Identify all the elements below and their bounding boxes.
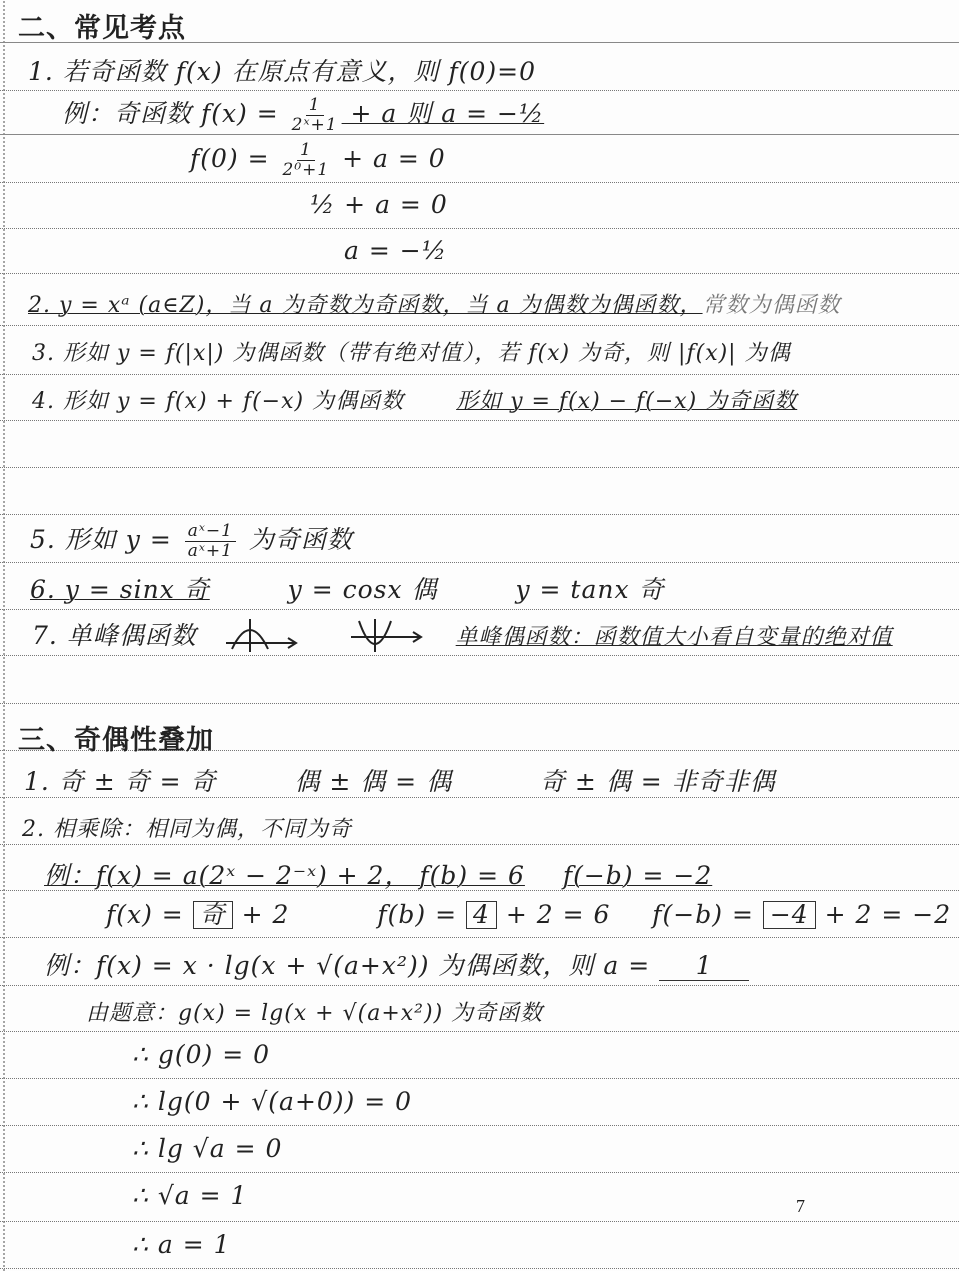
example-1-solution: f(x) = 奇 + 2 f(b) = 4 + 2 = 6 f(−b) = −4… bbox=[106, 900, 951, 929]
s1-prefix: f(x) = bbox=[106, 900, 193, 929]
example-2-analysis: 由题意：g(x) = lg(x + √(a+x²)) 为奇函数 bbox=[86, 996, 543, 1027]
fraction-numerator: 1 bbox=[306, 97, 324, 116]
section-heading-parity-superposition: 三、奇偶性叠加 bbox=[18, 718, 214, 757]
ruled-line bbox=[0, 374, 959, 375]
example-fraction: 12ˣ+1 bbox=[292, 97, 338, 134]
s3-prefix: f(−b) = bbox=[652, 900, 763, 929]
solution-step-2: ½ + a = 0 bbox=[310, 190, 448, 219]
point-5-prefix: 5. 形如 y = bbox=[30, 525, 181, 554]
ruled-line bbox=[0, 937, 959, 938]
example-2-question: 例：f(x) = x · lg(x + √(a+x²)) 为偶函数，则 a = … bbox=[44, 946, 749, 982]
step-prefix: f(0) = bbox=[190, 144, 279, 173]
point-2-faint: 常数为偶函数 bbox=[703, 293, 841, 318]
ruled-line bbox=[0, 134, 959, 135]
ruled-line bbox=[0, 1078, 959, 1079]
ruled-line bbox=[0, 273, 959, 274]
point-2: 2. y = xᵃ (a∈Z)，当 a 为奇数为奇函数，当 a 为偶数为偶函数，… bbox=[28, 288, 841, 319]
point-4-odd: 形如 y = f(x) − f(−x) 为奇函数 bbox=[456, 389, 797, 414]
page-number: 7 bbox=[796, 1196, 805, 1217]
margin-dots bbox=[2, 0, 6, 1271]
ruled-line bbox=[0, 1172, 959, 1173]
ruled-line bbox=[0, 609, 959, 610]
fraction-numerator: 1 bbox=[297, 142, 315, 161]
s2-prefix: f(b) = bbox=[377, 900, 466, 929]
ruled-line bbox=[0, 514, 959, 515]
section-heading-common-points: 二、常见考点 bbox=[18, 6, 186, 45]
s1-box: 奇 bbox=[193, 901, 233, 929]
solution-step-1: f(0) = 12⁰+1 + a = 0 bbox=[190, 142, 446, 179]
point-6-sin: 6. y = sinx 奇 bbox=[30, 575, 210, 604]
solution-step-3: a = −½ bbox=[344, 236, 447, 265]
ruled-line bbox=[0, 1268, 959, 1269]
example-2-text: 例：f(x) = x · lg(x + √(a+x²)) 为偶函数，则 a = bbox=[44, 951, 650, 980]
ruled-line bbox=[0, 1031, 959, 1032]
point-7-note: 单峰偶函数：函数值大小看自变量的绝对值 bbox=[456, 625, 893, 650]
ruled-line bbox=[0, 420, 959, 421]
ruled-line bbox=[0, 228, 959, 229]
point-5: 5. 形如 y = aˣ−1aˣ+1 为奇函数 bbox=[30, 520, 353, 560]
point-4: 4. 形如 y = f(x) + f(−x) 为偶函数 形如 y = f(x) … bbox=[32, 384, 797, 415]
proof-step: ∴ g(0) = 0 bbox=[132, 1040, 270, 1069]
point-6: 6. y = sinx 奇 y = cosx 偶 y = tanx 奇 bbox=[30, 570, 665, 606]
odd-plus-odd: 1. 奇 ± 奇 = 奇 bbox=[24, 767, 216, 796]
point-3: 3. 形如 y = f(|x|) 为偶函数（带有绝对值），若 f(x) 为奇，则… bbox=[32, 336, 791, 367]
example-odd-function: 例：奇函数 f(x) = 12ˣ+1 + a 则 a = −½ bbox=[62, 94, 544, 134]
ruled-line bbox=[0, 325, 959, 326]
s3-box: −4 bbox=[763, 901, 816, 929]
s2-box: 4 bbox=[466, 901, 497, 929]
ruled-line bbox=[0, 1125, 959, 1126]
example-1-find: f(−b) = −2 bbox=[563, 861, 712, 890]
even-plus-even: 偶 ± 偶 = 偶 bbox=[294, 767, 452, 796]
example-suffix: + a 则 a = −½ bbox=[342, 99, 545, 128]
fraction-denominator: 2⁰+1 bbox=[283, 161, 330, 179]
point-5-suffix: 为奇函数 bbox=[240, 525, 353, 554]
example-1-given: 例：f(x) = a(2ˣ − 2⁻ˣ) + 2， f(b) = 6 f(−b)… bbox=[44, 856, 712, 892]
proof-step: ∴ lg √a = 0 bbox=[132, 1134, 282, 1163]
ruled-line bbox=[0, 562, 959, 563]
example-2-answer: 1 bbox=[659, 951, 749, 981]
parity-rules: 1. 奇 ± 奇 = 奇 偶 ± 偶 = 偶 奇 ± 偶 = 非奇非偶 bbox=[24, 762, 776, 798]
fraction-numerator: aˣ−1 bbox=[185, 523, 236, 542]
step-suffix: + a = 0 bbox=[333, 144, 446, 173]
s3-suffix: + 2 = −2 bbox=[816, 900, 951, 929]
point-4-even: 4. 形如 y = f(x) + f(−x) 为偶函数 bbox=[32, 389, 404, 414]
ruled-line bbox=[0, 467, 959, 468]
point-6-tan: y = tanx 奇 bbox=[515, 575, 664, 604]
point-2-main: 2. y = xᵃ (a∈Z)，当 a 为奇数为奇函数，当 a 为偶数为偶函数， bbox=[28, 293, 703, 318]
multiply-divide-rule: 2. 相乘除：相同为偶，不同为奇 bbox=[22, 812, 352, 843]
ruled-line bbox=[0, 985, 959, 986]
ruled-line bbox=[0, 844, 959, 845]
example-prefix: 例：奇函数 f(x) = bbox=[62, 99, 288, 128]
s2-suffix: + 2 = 6 bbox=[497, 900, 611, 929]
s1-suffix: + 2 bbox=[233, 900, 290, 929]
ruled-line bbox=[0, 703, 959, 704]
proof-step: ∴ √a = 1 bbox=[132, 1181, 247, 1210]
point-7: 7. 单峰偶函数 单峰偶函数：函数值大小看自变量的绝对值 bbox=[32, 616, 893, 659]
example-1-condition: 例：f(x) = a(2ˣ − 2⁻ˣ) + 2， f(b) = 6 bbox=[44, 861, 525, 890]
fraction-denominator: 2ˣ+1 bbox=[292, 116, 338, 134]
point-5-fraction: aˣ−1aˣ+1 bbox=[185, 523, 236, 560]
point-6-cos: y = cosx 偶 bbox=[288, 575, 438, 604]
parabola-up-graph-icon bbox=[349, 617, 429, 659]
proof-step: ∴ lg(0 + √(a+0)) = 0 bbox=[132, 1087, 412, 1116]
odd-plus-even: 奇 ± 偶 = 非奇非偶 bbox=[540, 767, 776, 796]
ruled-line bbox=[0, 182, 959, 183]
step-fraction: 12⁰+1 bbox=[283, 142, 330, 179]
parabola-down-graph-icon bbox=[224, 617, 304, 659]
point-1-text: 1. 若奇函数 f(x) 在原点有意义，则 f(0)=0 bbox=[28, 52, 536, 88]
ruled-line bbox=[0, 1221, 959, 1222]
notebook-page: 二、常见考点 1. 若奇函数 f(x) 在原点有意义，则 f(0)=0 例：奇函… bbox=[0, 0, 959, 1271]
point-7-label: 7. 单峰偶函数 bbox=[32, 621, 197, 650]
proof-step: ∴ a = 1 bbox=[132, 1230, 231, 1259]
fraction-denominator: aˣ+1 bbox=[188, 542, 233, 560]
ruled-line bbox=[0, 90, 959, 91]
